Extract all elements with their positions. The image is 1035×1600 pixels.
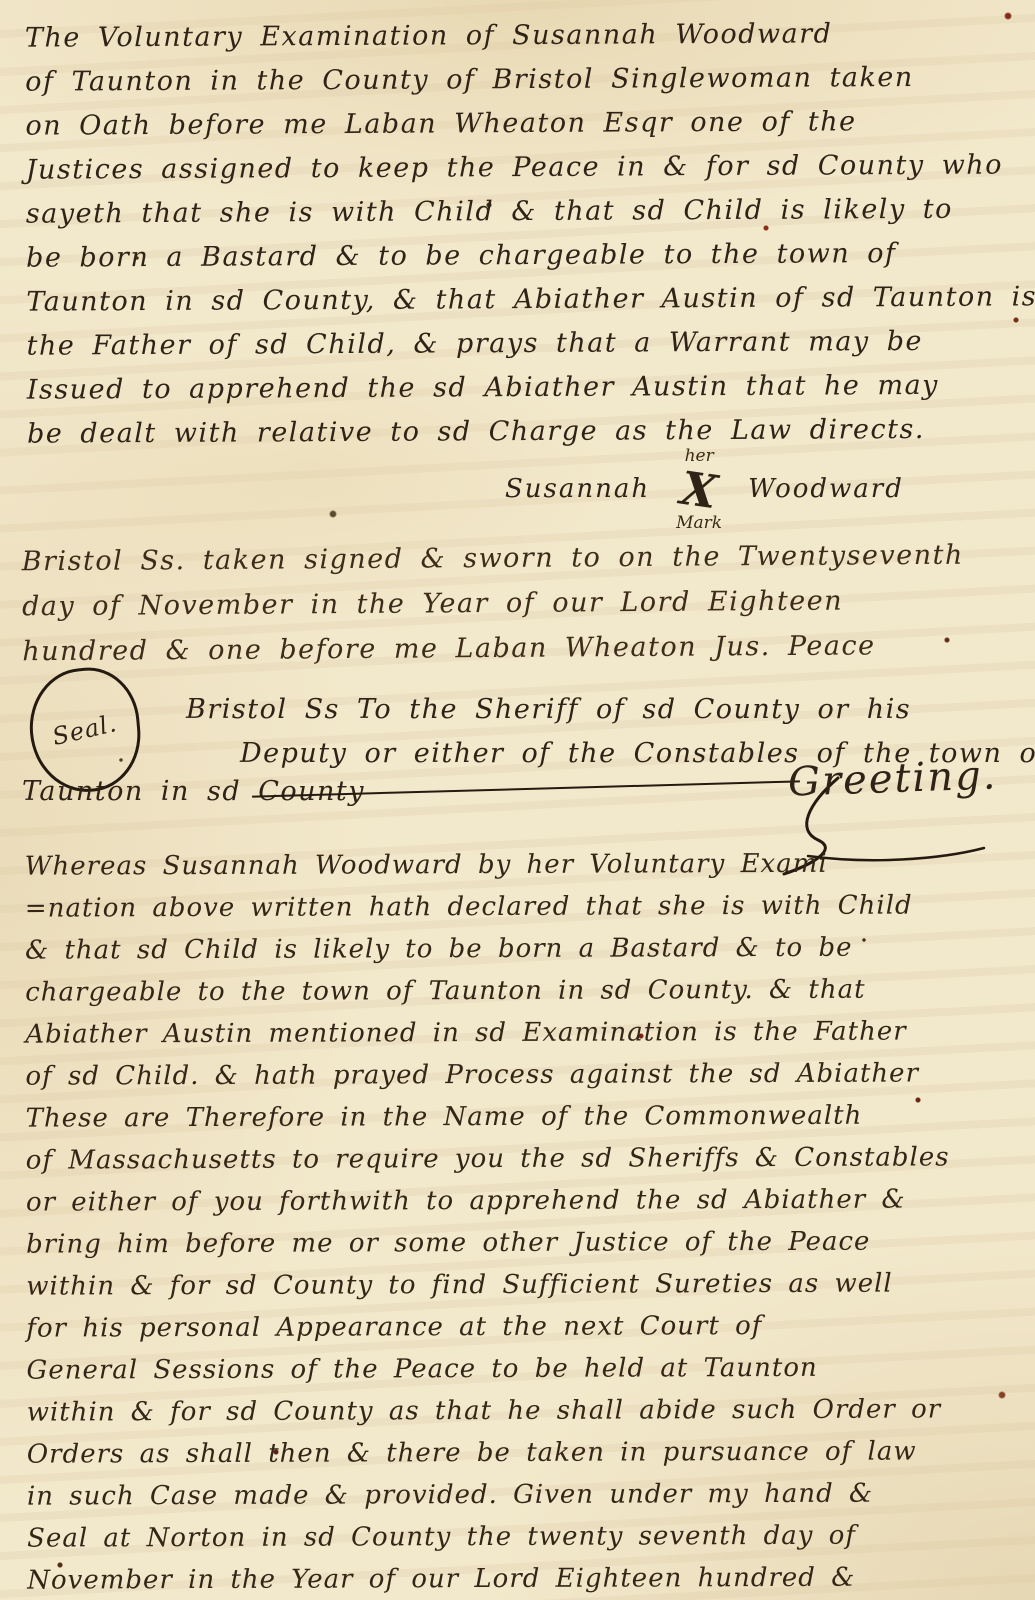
manuscript-line: the Father of sd Child, & prays that a W… — [26, 319, 1035, 368]
manuscript-line: day of November in the Year of our Lord … — [22, 578, 964, 630]
manuscript-line: The Voluntary Examination of Susannah Wo… — [25, 11, 1035, 60]
manuscript-line: on Oath before me Laban Wheaton Esqr one… — [25, 99, 1035, 148]
warrant-paragraph: Whereas Susannah Woodward by her Volunta… — [25, 842, 951, 1600]
seal-label: Seal. — [50, 709, 120, 751]
manuscript-line: Abiather Austin mentioned in sd Examinat… — [25, 1010, 949, 1055]
greeting-word: Greeting. — [787, 752, 998, 805]
manuscript-line: November in the Year of our Lord Eightee… — [27, 1556, 951, 1600]
manuscript-line: Whereas Susannah Woodward by her Volunta… — [25, 842, 949, 887]
manuscript-line: of Massachusetts to require you the sd S… — [26, 1136, 950, 1181]
signature-block: Susannah her X Mark Woodward — [505, 448, 904, 532]
signature-mark: her X Mark — [676, 448, 722, 532]
manuscript-line: hundred & one before me Laban Wheaton Ju… — [22, 623, 964, 675]
manuscript-line: Bristol Ss. taken signed & sworn to on t… — [22, 533, 964, 585]
manuscript-line: of sd Child. & hath prayed Process again… — [25, 1052, 949, 1097]
manuscript-line: in such Case made & provided. Given unde… — [27, 1472, 951, 1517]
manuscript-line: for his personal Appearance at the next … — [26, 1304, 950, 1349]
manuscript-line: & that sd Child is likely to be born a B… — [25, 926, 949, 971]
manuscript-line: Justices assigned to keep the Peace in &… — [26, 143, 1035, 192]
manuscript-line: bring him before me or some other Justic… — [26, 1220, 950, 1265]
examination-paragraph: The Voluntary Examination of Susannah Wo… — [25, 11, 1035, 456]
manuscript-line: be born a Bastard & to be chargeable to … — [26, 231, 1035, 280]
manuscript-line: within & for sd County as that he shall … — [27, 1388, 951, 1433]
mark-note-mark: Mark — [676, 515, 722, 532]
manuscript-line: Orders as shall then & there be taken in… — [27, 1430, 951, 1475]
jurat-paragraph: Bristol Ss. taken signed & sworn to on t… — [22, 533, 965, 675]
signature-surname: Woodward — [748, 474, 904, 504]
manuscript-line: General Sessions of the Peace to be held… — [26, 1346, 950, 1391]
manuscript-line: Taunton in sd County, & that Abiather Au… — [26, 275, 1035, 324]
manuscript-line: =nation above written hath declared that… — [25, 884, 949, 929]
manuscript-line: sayeth that she is with Child & that sd … — [26, 187, 1035, 236]
manuscript-line: chargeable to the town of Taunton in sd … — [25, 968, 949, 1013]
manuscript-line: within & for sd County to find Sufficien… — [26, 1262, 950, 1307]
writ-heading-line: Taunton in sd County — [22, 770, 365, 814]
manuscript-page: The Voluntary Examination of Susannah Wo… — [0, 0, 1035, 1600]
cross-mark-icon: X — [678, 465, 720, 516]
manuscript-line: or either of you forthwith to apprehend … — [26, 1178, 950, 1223]
manuscript-line: Seal at Norton in sd County the twenty s… — [27, 1514, 951, 1559]
signature-first-name: Susannah — [505, 474, 650, 504]
manuscript-line: Issued to apprehend the sd Abiather Aust… — [27, 363, 1035, 412]
manuscript-line: These are Therefore in the Name of the C… — [26, 1094, 950, 1139]
writ-heading-line: Bristol Ss To the Sheriff of sd County o… — [186, 688, 911, 732]
manuscript-line: of Taunton in the County of Bristol Sing… — [25, 55, 1035, 104]
